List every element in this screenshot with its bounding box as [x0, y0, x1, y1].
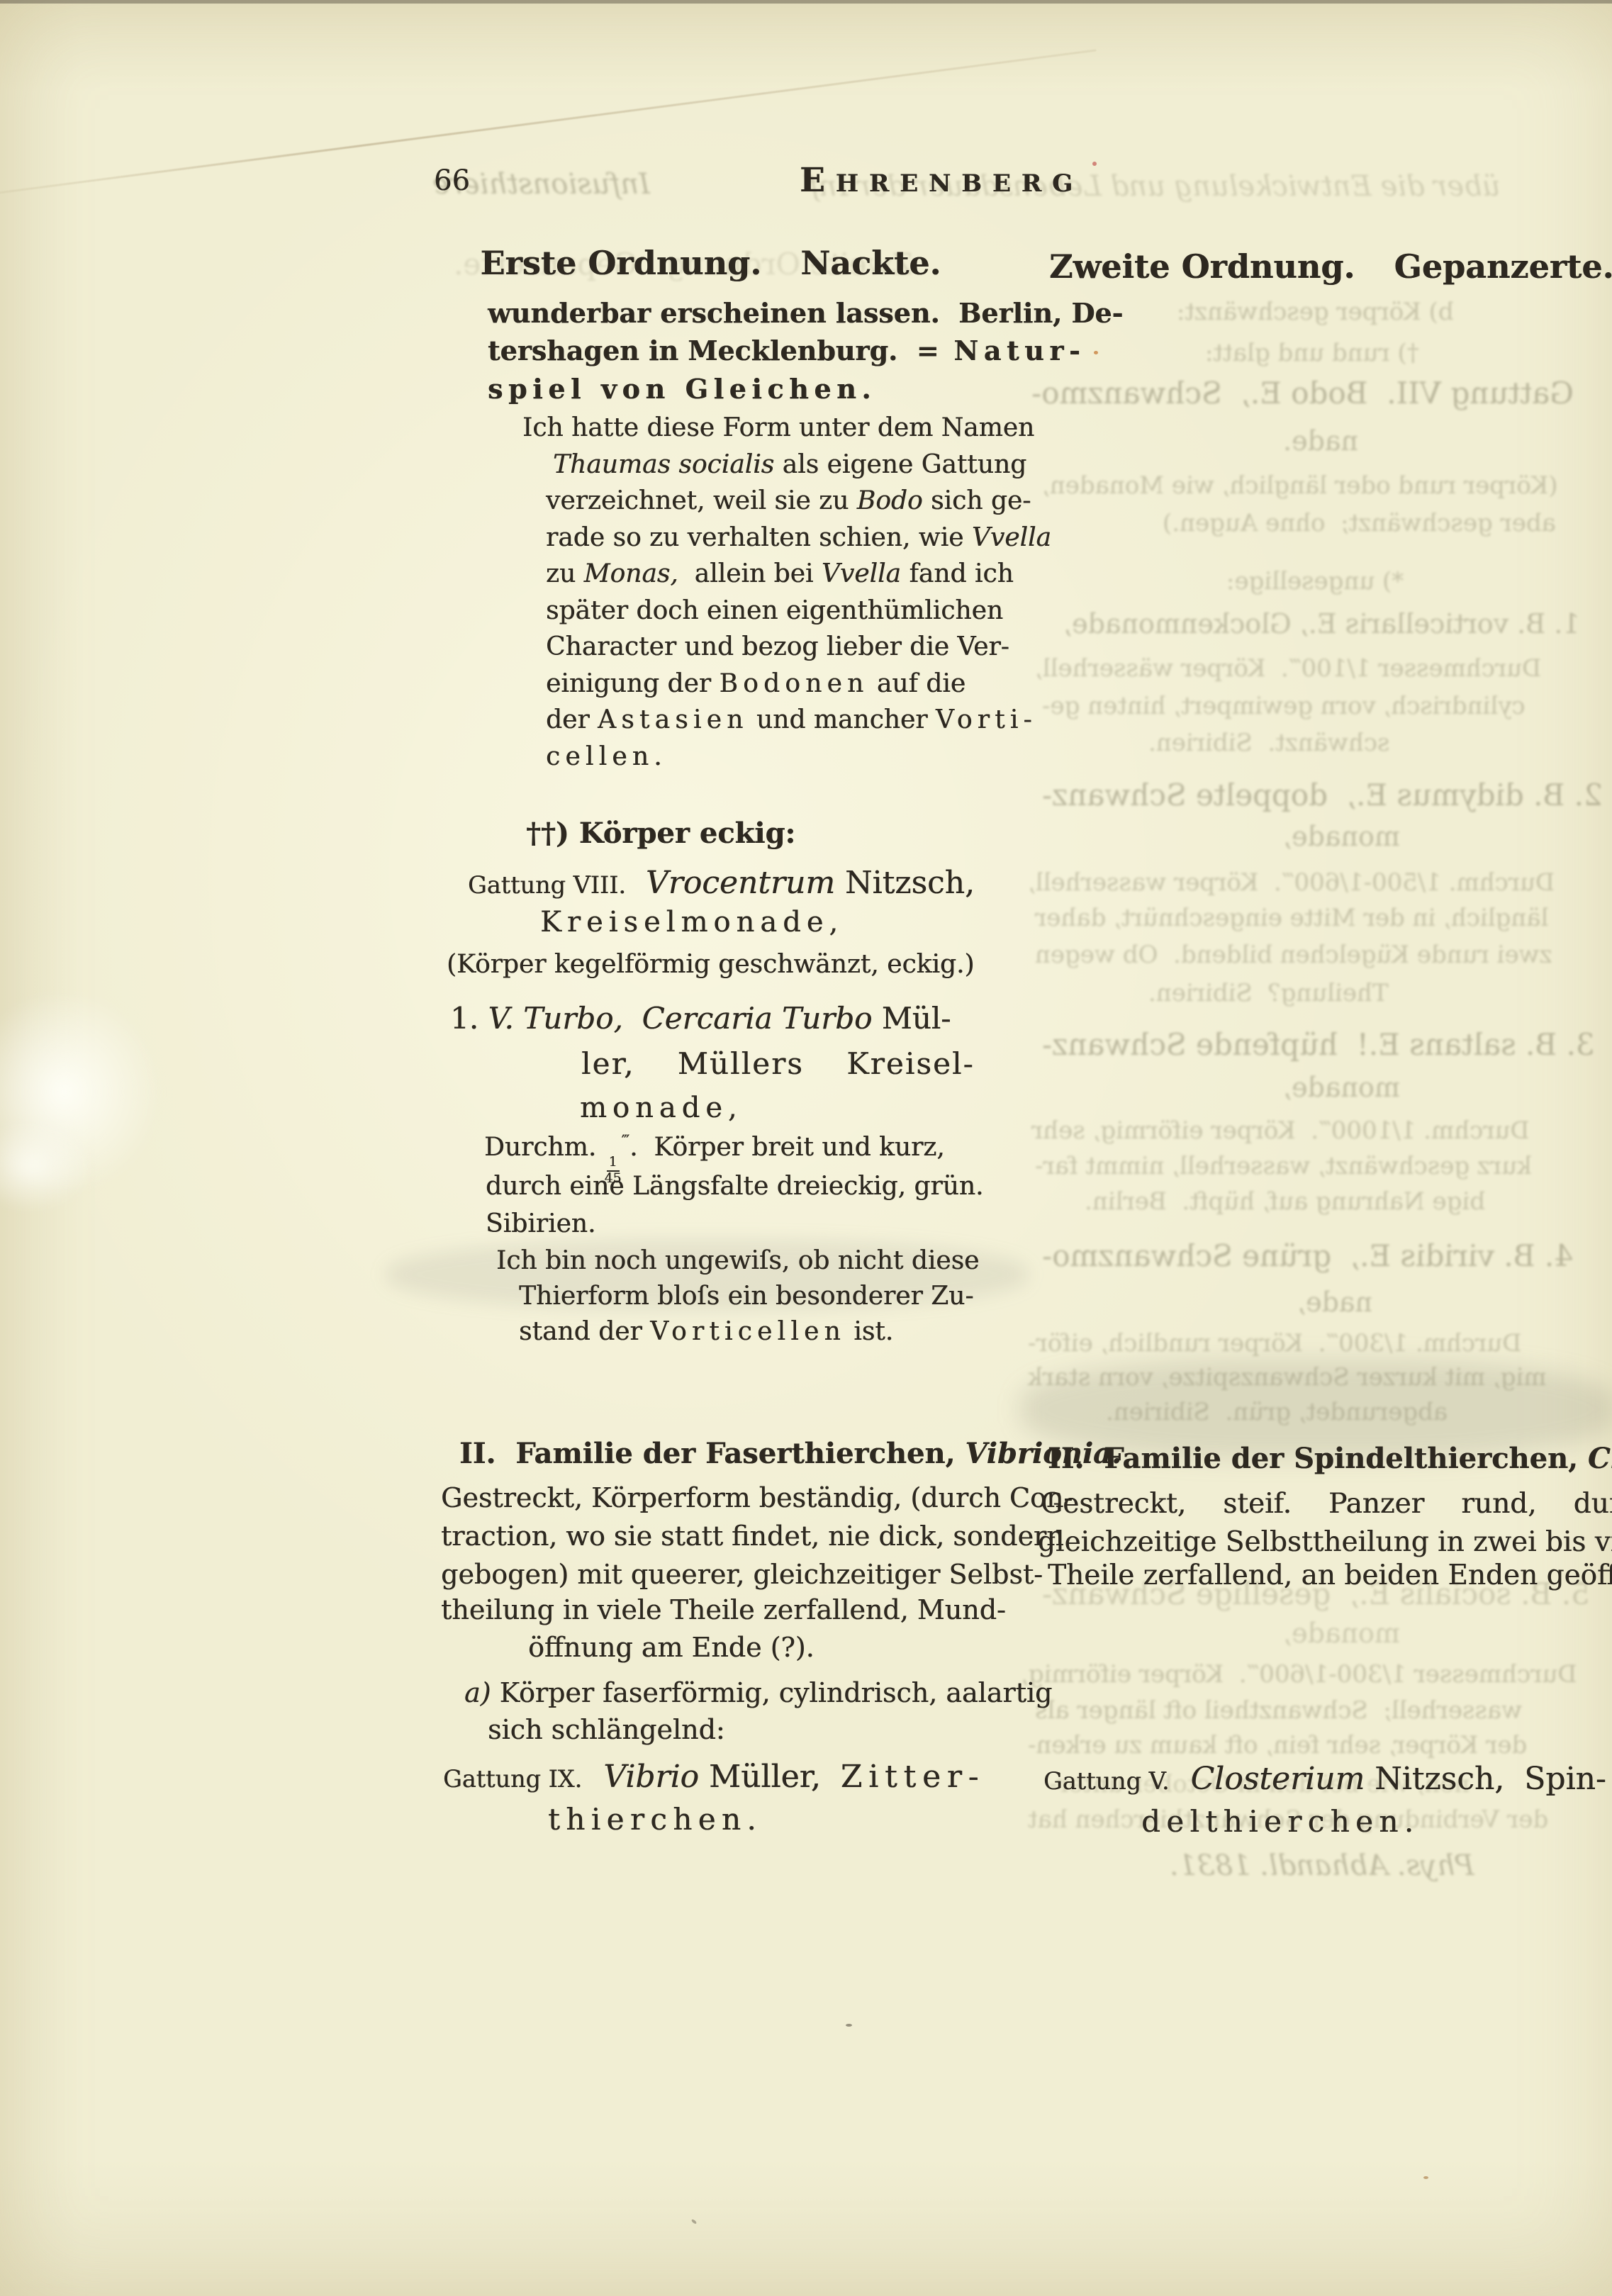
line-measure-primes: ‴ [621, 1132, 629, 1150]
description-line: durch eine Längsfalte dreieckig, grün. [486, 1172, 983, 1201]
remark-line: stand der Vorticellen ist. [519, 1317, 893, 1346]
bleedthrough-line: schwänzt. Sibirien. [1148, 731, 1389, 755]
text-run: sich ge- [923, 486, 1031, 515]
bleedthrough-line: länglich, in der Mitte eingeschnürt, dah… [1035, 906, 1548, 930]
left-paragraph-line: tershagen in Mecklenburg. = Natur- [488, 335, 1085, 366]
species-entry-line: monade, [580, 1092, 743, 1124]
note-line: einigung der Bodonen auf die [546, 669, 965, 698]
subsection-mark: ††) Körper eckig: [526, 817, 795, 850]
family-label: II. Familie der Spindelthierchen, [1048, 1442, 1588, 1475]
paper-speck [1092, 162, 1097, 166]
bleedthrough-footer-citation: Phys. Abhandl. 1831. [1170, 1852, 1474, 1880]
family-label: II. Familie der Faserthierchen, [459, 1437, 965, 1470]
family-description-line: theilung in viele Theile zerfallend, Mun… [441, 1595, 1006, 1626]
spaced-word: Natur- [939, 335, 1086, 366]
bleedthrough-line: b) Körper geschwänzt: [1177, 300, 1454, 324]
species-name: V. Turbo, [488, 1001, 622, 1036]
bleedthrough-line: Durchm. 1/500-1/600‴. Körper wasserhell, [1028, 870, 1555, 895]
bleedthrough-line: nade. [1283, 427, 1358, 454]
text-run: ist. [846, 1317, 893, 1346]
order-number-right: Zweite Ordnung. [1049, 247, 1355, 286]
bleedthrough-line: Durchmesser 1/300-1/600‴. Körper eiförmi… [1021, 1662, 1577, 1686]
family-heading-right: II. Familie der Spindelthierchen, Closte… [1048, 1443, 1612, 1475]
genus-name: Vvella [972, 523, 1051, 552]
text-run: tershagen in Mecklenburg. [488, 335, 917, 366]
order-name-left: Nackte. [800, 244, 941, 282]
text-run: verzeichnet, weil sie zu [546, 486, 857, 515]
bleedthrough-line: wasserhell; Schwanztheil oft länger als [1035, 1698, 1522, 1723]
paper-bright-spot [0, 989, 163, 1194]
order-name-right: Gepanzerte. [1394, 247, 1612, 286]
bleedthrough-line: 2. B. didymus E., doppelte Schwanz- [1042, 780, 1603, 810]
bleedthrough-line: Gattung VII. Bodo E., Schwanzmo- [1031, 379, 1574, 408]
text-run [623, 1001, 642, 1036]
genus-name: Closterium [1190, 1761, 1365, 1797]
genus-common-name: Kreiselmonade, [540, 906, 844, 939]
bleedthrough-line: Theilung? Sibirien. [1148, 981, 1389, 1005]
order-number-left: Erste Ordnung. [481, 244, 762, 282]
genus-heading: Gattung IX.Vibrio Müller, Zitter- [443, 1759, 985, 1796]
note-line: Thaumas socialis als eigene Gattung [553, 450, 1026, 479]
bleedthrough-line: 3. B. saltans E.! hüpfende Schwanz- [1042, 1030, 1595, 1060]
subdivision-line: sich schlängelnd: [488, 1715, 725, 1746]
genus-common-name: thierchen. [548, 1803, 762, 1837]
spaced-word: Astasien [598, 705, 748, 734]
remark-line: Ich bin noch ungewiſs, ob nicht diese [496, 1246, 979, 1275]
spaced-word: Vorticellen [650, 1317, 846, 1346]
genus-common-name: delthierchen. [1141, 1805, 1420, 1839]
text-run: fand ich [901, 559, 1014, 588]
species-entry-line: 1. V. Turbo, Cercaria Turbo Mül- [450, 1002, 951, 1036]
text-run: allein bei [678, 559, 822, 588]
genus-label: Gattung VIII. [468, 871, 626, 899]
text-run: einigung der [546, 669, 719, 698]
bleedthrough-line: Durchm. 1/1000‴. Körper eiförmig, sehr [1031, 1119, 1530, 1143]
family-description-line: gleichzeitige Selbsttheilung in zwei bis… [1038, 1527, 1612, 1559]
family-description-line: traction, wo sie statt findet, nie dick,… [441, 1521, 1064, 1552]
note-line: Ich hatte diese Form unter dem Namen [522, 413, 1034, 442]
family-heading-left: II. Familie der Faserthierchen, Vibrioni… [459, 1438, 1121, 1470]
paper-speck [1094, 351, 1098, 354]
bleedthrough-line: *) ungesellige: [1226, 569, 1404, 593]
bleedthrough-line: mig, mit kurzer Schwanzspitze, vorn star… [1028, 1365, 1547, 1389]
family-description-line: Theile zerfallend, an beiden Enden geöff… [1048, 1560, 1612, 1592]
paper-bright-spot [0, 1120, 92, 1212]
text-run: stand der [519, 1317, 650, 1346]
genus-name: Bodo [857, 486, 923, 515]
family-description-line: gebogen) mit queerer, gleichzeitiger Sel… [441, 1559, 1043, 1591]
bleedthrough-line: monade, [1283, 1620, 1400, 1647]
text-run: Durchm. [484, 1133, 605, 1162]
genus-heading: Gattung VIII.Vrocentrum Nitzsch, [468, 866, 975, 902]
scan-top-edge [0, 0, 1612, 4]
description-line: Sibirien. [486, 1209, 595, 1238]
note-line: zu Monas, allein bei Vvella fand ich [546, 559, 1014, 588]
spaced-word: Bodonen [719, 669, 868, 698]
text-run: der [546, 705, 598, 734]
bleedthrough-line: bige Nahrung auf, hüpft. Berlin. [1085, 1189, 1485, 1214]
bleedthrough-line: †) rund und glatt: [1205, 341, 1419, 365]
bleedthrough-line: (Körper rund oder länglich, wie Monaden, [1042, 474, 1558, 498]
genus-name: Vibrio [603, 1759, 699, 1795]
author-name: Mül- [872, 1001, 951, 1036]
note-line: verzeichnet, weil sie zu Bodo sich ge- [546, 486, 1031, 515]
genus-label: Gattung V. [1043, 1767, 1169, 1795]
left-paragraph-line: wunderbar erscheinen lassen. Berlin, De- [488, 298, 1123, 329]
scanned-book-page: Infusionsthiere über die Entwickelung un… [0, 0, 1612, 2296]
family-description-line: Gestreckt, steif. Panzer rund, durch que… [1041, 1489, 1612, 1521]
bleedthrough-line: 1. B. vorticellaris E., Glockenmonade, [1063, 610, 1580, 637]
page-number: 66 [434, 164, 470, 197]
author-name: Nitzsch, [835, 865, 975, 901]
genus-heading: Gattung V.Closterium Nitzsch, Spin- [1043, 1762, 1606, 1798]
bleedthrough-line: monade, [1283, 1074, 1400, 1101]
remark-line: Thierform bloſs ein besonderer Zu- [519, 1282, 974, 1311]
synonym-name: Cercaria Turbo [642, 1001, 873, 1036]
note-line: Character und bezog lieber die Ver- [546, 632, 1009, 661]
spaced-word: Zitter- [841, 1759, 985, 1795]
bleedthrough-line: Durchm. 1/300‴. Körper rundlich, eiför- [1028, 1331, 1521, 1355]
text-run: und mancher [749, 705, 936, 734]
note-line: cellen. [546, 742, 667, 771]
entry-number: 1. [450, 1001, 488, 1036]
bleedthrough-line: der Körper, sehr fein, oft kaum zu erken… [1028, 1733, 1527, 1757]
paper-speck [1423, 2176, 1428, 2179]
text-run: Körper faserförmig, cylindrisch, aalarti… [491, 1677, 1052, 1708]
note-line: der Astasien und mancher Vorti- [546, 705, 1037, 734]
genus-name: Vrocentrum [646, 865, 835, 901]
text-run: auf die [868, 669, 965, 698]
text-run: als eigene Gattung [774, 450, 1026, 479]
right-column-heading: Zweite Ordnung.Gepanzerte. [1049, 248, 1612, 286]
bleedthrough-line: nade, [1297, 1289, 1372, 1316]
genus-description: (Körper kegelförmig geschwänzt, eckig.) [447, 950, 974, 979]
subdivision-line: a) Körper faserförmig, cylindrisch, aala… [464, 1678, 1052, 1709]
species-entry-line: ler, Müllers Kreisel- [581, 1047, 975, 1081]
subdivision-letter: a) [464, 1677, 491, 1708]
bleedthrough-line: 4. B. viridis E., grüne Schwanzmo- [1042, 1241, 1573, 1271]
species-name: Thaumas socialis [553, 450, 774, 479]
bleedthrough-line: Durchmesser 1/100‴. Körper wässerhell, [1035, 656, 1541, 681]
text-run: . Körper breit und kurz, [629, 1133, 945, 1162]
left-column-heading: Erste Ordnung.Nackte. [397, 245, 1024, 282]
paper-speck [846, 2024, 852, 2027]
text-run: Spin- [1524, 1761, 1606, 1797]
bleedthrough-line: abgerundet, grün. Sibirien. [1106, 1400, 1448, 1424]
bleedthrough-line: aber geschwänzt; ohne Augen.) [1163, 511, 1556, 535]
bleedthrough-line: zwei runde Kügelchen bildend. Ob wegen [1035, 943, 1552, 967]
genus-name: Vvella [822, 559, 901, 588]
text-run: zu [546, 559, 584, 588]
equals-sign: = [917, 335, 939, 366]
family-latin-name: Closterina. [1588, 1442, 1612, 1475]
bleedthrough-line: monade, [1283, 823, 1400, 850]
spaced-word: Vorti- [936, 705, 1037, 734]
genus-label: Gattung IX. [443, 1765, 582, 1793]
bleedthrough-line: cylindrisch, vorn gewimpert, hinten ge- [1042, 694, 1525, 718]
author-name: Nitzsch, [1365, 1761, 1524, 1797]
genus-name: Monas, [584, 559, 678, 588]
note-line: später doch einen eigenthümlichen [546, 596, 1003, 625]
paper-speck [691, 2219, 698, 2224]
note-line: rade so zu verhalten schien, wie Vvella [546, 523, 1051, 552]
running-header-author: EHRENBERG [800, 162, 1083, 200]
family-description-line: Gestreckt, Körperform beständig, (durch … [441, 1483, 1073, 1514]
text-run: rade so zu verhalten schien, wie [546, 523, 972, 552]
bleedthrough-line: kurz geschwänzt, wasserhell, nimmt far- [1035, 1154, 1532, 1178]
left-paragraph-line: spiel von Gleichen. [488, 374, 876, 405]
family-description-line: öffnung am Ende (?). [528, 1633, 815, 1664]
author-name: Müller, [699, 1759, 841, 1795]
fraction-numerator: 1 [607, 1156, 620, 1172]
